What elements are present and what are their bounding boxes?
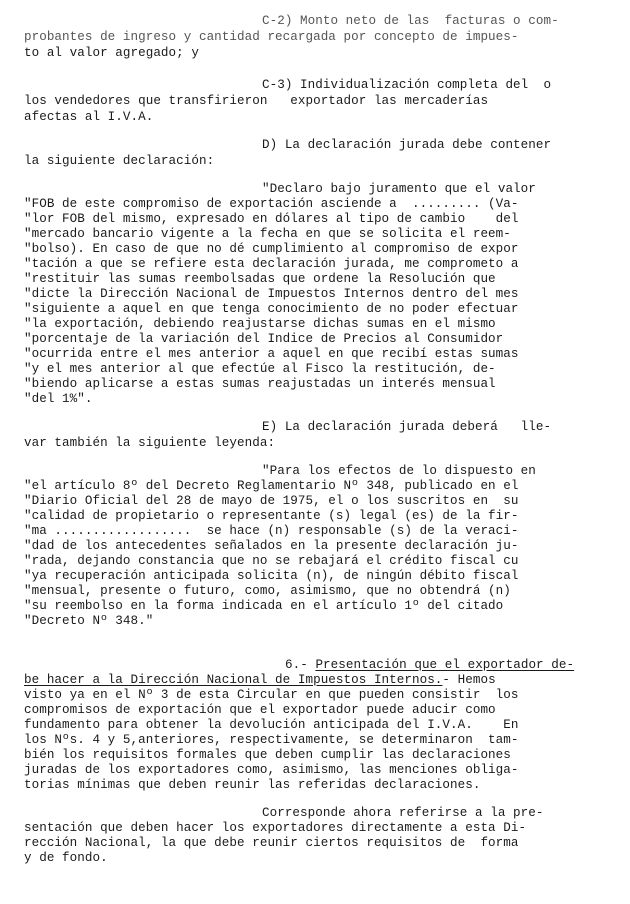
document-page: C-2) Monto neto de las facturas o com- p… bbox=[0, 0, 630, 904]
c3-line-3: afectas al I.V.A. bbox=[24, 110, 153, 125]
d-quote-line-2: "FOB de este compromiso de exportación a… bbox=[24, 197, 519, 212]
closing-line-2: sentación que deben hacer los exportador… bbox=[24, 821, 526, 836]
d-quote-line-4: "mercado bancario vigente a la fecha en … bbox=[24, 227, 511, 242]
d-quote-line-8: "dicte la Dirección Nacional de Impuesto… bbox=[24, 287, 519, 302]
d-quote-line-7: "restituir las sumas reembolsadas que or… bbox=[24, 272, 496, 287]
section-6-line-4: los Nºs. 4 y 5,anteriores, respectivamen… bbox=[24, 733, 519, 748]
d-quote-line-15: "del 1%". bbox=[24, 392, 92, 407]
section-6-heading-line-2: be hacer a la Dirección Nacional de Impu… bbox=[24, 673, 496, 688]
e-quote-line-3: "Diario Oficial del 28 de mayo de 1975, … bbox=[24, 494, 519, 509]
d-quote-line-5: "bolso). En caso de que no dé cumplimien… bbox=[24, 242, 519, 257]
e-quote-line-10: "su reembolso en la forma indicada en el… bbox=[24, 599, 503, 614]
d-quote-line-10: "la exportación, debiendo reajustarse di… bbox=[24, 317, 496, 332]
section-6-line-2: compromisos de exportación que el export… bbox=[24, 703, 496, 718]
e-quote-line-6: "dad de los antecedentes señalados en la… bbox=[24, 539, 519, 554]
c3-line-1: C-3) Individualización completa del o bbox=[262, 78, 551, 93]
section-heading-cont: be hacer a la Dirección Nacional de Impu… bbox=[24, 673, 442, 687]
section-number: 6.- bbox=[285, 658, 308, 672]
section-6-line-5: bién los requisitos formales que deben c… bbox=[24, 748, 511, 763]
c2-line-1: C-2) Monto neto de las facturas o com- bbox=[262, 14, 559, 29]
e-quote-line-7: "rada, dejando constancia que no se reba… bbox=[24, 554, 519, 569]
section-heading-tail: - Hemos bbox=[442, 673, 495, 687]
c3-line-2: los vendedores que transfirieron exporta… bbox=[24, 94, 488, 109]
e-quote-line-1: "Para los efectos de lo dispuesto en bbox=[262, 464, 536, 479]
e-quote-line-9: "mensual, presente o futuro, como, asimi… bbox=[24, 584, 511, 599]
section-6-line-3: fundamento para obtener la devolución an… bbox=[24, 718, 519, 733]
d-quote-line-9: "siguiente a aquel en que tenga conocimi… bbox=[24, 302, 519, 317]
section-heading: Presentación que el exportador de- bbox=[315, 658, 574, 672]
c2-line-3: to al valor agregado; y bbox=[24, 46, 199, 61]
c2-line-2: probantes de ingreso y cantidad recargad… bbox=[24, 30, 519, 45]
e-quote-line-8: "ya recuperación anticipada solicita (n)… bbox=[24, 569, 519, 584]
e-line-1: E) La declaración jurada deberá lle- bbox=[262, 420, 551, 435]
e-quote-line-2: "el artículo 8º del Decreto Reglamentari… bbox=[24, 479, 519, 494]
d-quote-line-6: "tación a que se refiere esta declaració… bbox=[24, 257, 519, 272]
e-line-2: var también la siguiente leyenda: bbox=[24, 436, 275, 451]
d-quote-line-3: "lor FOB del mismo, expresado en dólares… bbox=[24, 212, 519, 227]
section-6-line-7: torias mínimas que deben reunir las refe… bbox=[24, 778, 480, 793]
d-quote-line-1: "Declaro bajo juramento que el valor bbox=[262, 182, 536, 197]
d-line-1: D) La declaración jurada debe contener bbox=[262, 138, 551, 153]
section-6-line-1: visto ya en el Nº 3 de esta Circular en … bbox=[24, 688, 519, 703]
closing-line-3: rección Nacional, la que debe reunir cie… bbox=[24, 836, 519, 851]
section-6-heading-line-1: 6.- Presentación que el exportador de- bbox=[285, 658, 574, 673]
e-quote-line-11: "Decreto Nº 348." bbox=[24, 614, 153, 629]
d-quote-line-11: "porcentaje de la variación del Indice d… bbox=[24, 332, 503, 347]
e-quote-line-4: "calidad de propietario o representante … bbox=[24, 509, 519, 524]
closing-line-1: Corresponde ahora referirse a la pre- bbox=[262, 806, 543, 821]
section-6-line-6: juradas de los exportadores como, asimis… bbox=[24, 763, 519, 778]
d-quote-line-12: "ocurrida entre el mes anterior a aquel … bbox=[24, 347, 519, 362]
e-quote-line-5: "ma .................. se hace (n) respo… bbox=[24, 524, 519, 539]
d-line-2: la siguiente declaración: bbox=[24, 154, 214, 169]
d-quote-line-13: "y el mes anterior al que efectúe al Fis… bbox=[24, 362, 496, 377]
d-quote-line-14: "biendo aplicarse a estas sumas reajusta… bbox=[24, 377, 496, 392]
closing-line-4: y de fondo. bbox=[24, 851, 108, 866]
